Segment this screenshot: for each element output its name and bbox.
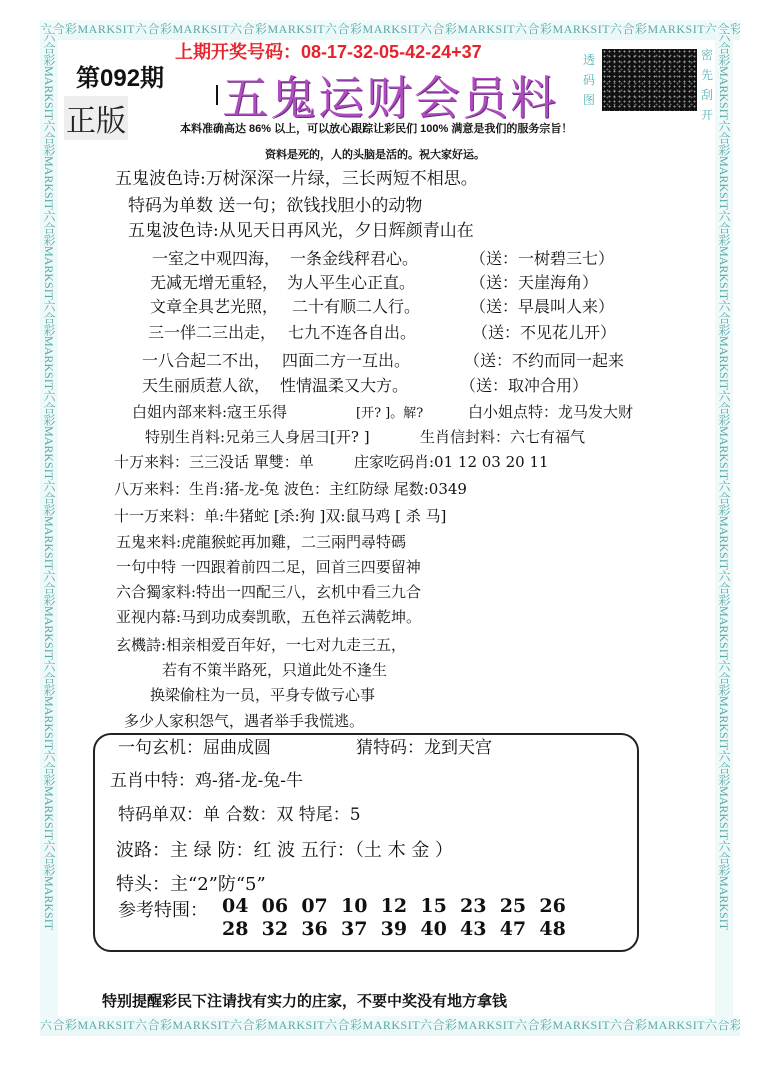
one-ten-k-data: 十一万来料：单:牛猪蛇 [杀:狗 ]双:鼠马鸡 [ 杀 马] xyxy=(114,505,446,526)
poem-gift: （送：不约而同一起来 xyxy=(464,348,624,371)
footer-reminder: 特别提醒彩民下注请找有实力的庄家，不要中奖没有地方拿钱 xyxy=(102,990,507,1011)
xiaojie-special: 白小姐点特：龙马发大财 xyxy=(468,401,633,422)
poem-row: 三一伴二三出走， xyxy=(148,320,276,343)
poem-row: 二十有顺二人行。 xyxy=(292,294,420,317)
riddle: 一句玄机：屈曲成圆 xyxy=(118,733,271,758)
last-draw-label: 上期开奖号码： xyxy=(175,42,301,62)
poem-gift: （送：天崖海角） xyxy=(470,270,598,293)
reference-label: 参考特围： xyxy=(118,896,208,922)
atv-inside: 亚视内幕:马到功成奏凯歌，五色祥云满乾坤。 xyxy=(116,606,421,627)
decorative-border-right: 六合彩MARKSIT六合彩MARKSIT六合彩MARKSIT六合彩MARKSIT… xyxy=(715,30,733,1020)
poem-row: 性情温柔又大方。 xyxy=(280,373,408,396)
mystery-poem-1: 玄機詩:相亲相爱百年好，一七对九走三五， xyxy=(116,634,406,655)
special-head: 特头：主“2”防“5” xyxy=(116,870,266,896)
poem-row: 天生丽质惹人欲， xyxy=(142,373,270,396)
last-draw: 上期开奖号码：08-17-32-05-42-24+37 xyxy=(175,38,482,64)
hundred-k-data: 十万来料：三三没话 單雙：单 xyxy=(114,451,314,472)
odd-even: 特码单双：单 合数：双 特尾：5 xyxy=(118,800,361,825)
five-zodiac-special: 五肖中特：鸡-猪-龙-兔-牛 xyxy=(110,766,303,791)
five-ghost-data: 五鬼来料:虎龍猴蛇再加雞，二三兩門尋特碼 xyxy=(116,531,406,552)
baijie-open: [开? ]。解? xyxy=(356,402,423,421)
issue-number: 第092期 xyxy=(76,58,164,93)
guess-special: 猜特码：龙到天宫 xyxy=(356,733,492,758)
poem-row: 一八合起二不出， xyxy=(142,348,270,371)
poem-gift: （送：不见花儿开） xyxy=(472,320,616,343)
zodiac-envelope: 生肖信封料：六七有福气 xyxy=(420,426,585,447)
edition-label: 正版 xyxy=(64,96,128,140)
qr-right-label: 密 先 刮 开 xyxy=(700,45,714,125)
one-phrase-special: 一句中特 一四跟着前四二足，回首三四要留神 xyxy=(116,556,421,577)
last-draw-numbers: 08-17-32-05-42-24+37 xyxy=(301,42,482,62)
poem-row: 文章全具艺光照， xyxy=(150,294,278,317)
poem-row: 一室之中观四海， xyxy=(152,246,280,269)
eighty-k-data: 八万来料：生肖:猪-龙-兔 波色：主红防绿 尾数:0349 xyxy=(114,478,467,499)
reference-numbers-row1: 04 06 07 10 12 15 23 25 26 xyxy=(222,895,566,917)
decorative-border-top: 六合彩MARKSIT六合彩MARKSIT六合彩MARKSIT六合彩MARKSIT… xyxy=(40,20,740,40)
qr-left-label: 透 码 图 xyxy=(582,50,596,110)
motto: 资料是死的，人的头脑是活的。祝大家好运。 xyxy=(265,146,485,162)
poem-row: 一条金线秤君心。 xyxy=(290,246,418,269)
poem-row: 为人平生心正直。 xyxy=(287,270,415,293)
decorative-border-left: 六合彩MARKSIT六合彩MARKSIT六合彩MARKSIT六合彩MARKSIT… xyxy=(40,30,58,1020)
poem-gift: （送：早晨叫人来） xyxy=(470,294,614,317)
reference-numbers-row2: 28 32 36 37 39 40 43 47 48 xyxy=(222,918,566,940)
special-zodiac: 特别生肖料:兄弟三人身居彐[开? ] xyxy=(145,426,370,447)
poem-gift: （送：一树碧三七） xyxy=(470,246,614,269)
text-cursor xyxy=(216,85,218,105)
poem-row: 七九不连各自出。 xyxy=(288,320,416,343)
poem-row: 无减无增无重轻， xyxy=(150,270,278,293)
mystery-poem-2: 若有不策半路死，只道此处不逢生 xyxy=(162,659,387,680)
mystery-poem-4: 多少人家积怨气，遇者举手我慌逃。 xyxy=(124,710,364,731)
mystery-poem-3: 换梁偷柱为一员，平身专做亏心事 xyxy=(150,684,375,705)
wave-poem-1: 五鬼波色诗:万树深深一片绿，三长两短不相思。 xyxy=(115,164,478,189)
decorative-border-bottom: 六合彩MARKSIT六合彩MARKSIT六合彩MARKSIT六合彩MARKSIT… xyxy=(40,1016,740,1036)
accuracy-claim: 本料准确高达 86% 以上，可以放心跟踪让彩民们 100% 满意是我们的服务宗旨… xyxy=(180,120,572,136)
liuhe-exclusive: 六合獨家料:特出一四配三八，玄机中看三九合 xyxy=(116,581,421,602)
scratch-code-image xyxy=(602,49,697,111)
special-odd-hint: 特码为单数 送一句；欲钱找胆小的动物 xyxy=(128,191,422,216)
baijie-inside: 白姐内部来料:寇王乐得 xyxy=(132,401,287,422)
poem-gift: （送：取冲合用） xyxy=(460,373,588,396)
page-title: 五鬼运财会员料 xyxy=(222,62,558,128)
poem-row: 四面二方一互出。 xyxy=(282,348,410,371)
banker-eat-numbers: 庄家吃码肖:01 12 03 20 11 xyxy=(354,451,549,472)
wave-path: 波路：主 绿 防：红 波 五行：（土 木 金 ） xyxy=(116,836,453,862)
wave-poem-2: 五鬼波色诗:从见天日再风光，夕日辉颜青山在 xyxy=(128,216,474,241)
